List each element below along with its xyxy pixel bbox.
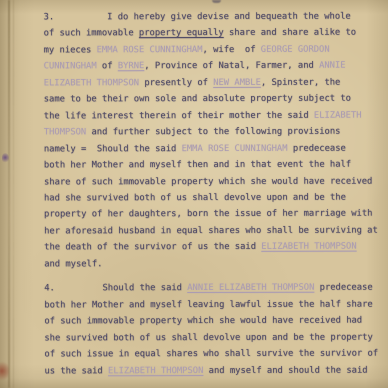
- page-number-remnant: [212, 0, 221, 3]
- body-text: of such issue in equal shares who shall …: [44, 349, 378, 360]
- faded-name-text: ELIZABETH THOMPSON: [261, 242, 356, 252]
- text-line: share of such immovable property which s…: [44, 173, 374, 190]
- body-text: property of her daughters, born the issu…: [44, 209, 372, 220]
- body-text: had she survived both of us shall devolv…: [44, 193, 346, 204]
- faded-name-text: EMMA ROSE CUNNINGHAM: [182, 143, 288, 153]
- body-text: and further subject to the following pro…: [86, 127, 340, 138]
- text-line: both her Mother and myself leaving lawfu…: [44, 296, 374, 313]
- faded-name-text: THOMPSON: [44, 127, 86, 137]
- text-line: 3. I do hereby give devise and bequeath …: [44, 9, 374, 26]
- text-line: ELIZABETH THOMPSON presently of NEW AMBL…: [44, 74, 374, 91]
- faded-name-text: ELIZABETH THOMPSON: [44, 78, 139, 88]
- faded-name-text: ANNIE ELIZABETH THOMPSON: [187, 283, 314, 293]
- body-text: share and share alike to: [224, 28, 356, 38]
- text-line: 4. Should the said ANNIE ELIZABETH THOMP…: [44, 280, 374, 297]
- scanned-document: 3. I do hereby give devise and bequeath …: [0, 0, 388, 388]
- body-text: predecease: [288, 143, 346, 153]
- body-text: same to be their own sole and absolute p…: [44, 94, 351, 105]
- body-text: and myself and should the said: [203, 365, 367, 375]
- body-text: property equally: [139, 28, 224, 38]
- body-text: us the said: [44, 366, 108, 376]
- body-text: both her Mother and myself leaving lawfu…: [44, 299, 372, 310]
- body-text: the death of the survivor of us the said: [44, 242, 261, 253]
- body-text: , wife of: [203, 45, 261, 55]
- body-text: share of such immovable property which s…: [44, 176, 372, 187]
- body-text: , Spinster, the: [261, 77, 340, 87]
- faded-name-text: ELIZABETH: [314, 110, 362, 120]
- body-text: 4. Should the said: [44, 283, 187, 293]
- text-line: her aforesaid husband in equal shares wh…: [44, 222, 374, 239]
- faded-name-text: ELIZABETH THOMPSON: [108, 366, 203, 376]
- body-text: , Province of Natal, Farmer, and: [144, 61, 319, 71]
- text-line: property of her daughters, born the issu…: [44, 206, 374, 223]
- text-line: of such issue in equal shares who shall …: [44, 346, 374, 363]
- body-text: of: [97, 62, 118, 72]
- body-text: presently of: [139, 78, 213, 88]
- body-text: namely = Should the said: [44, 144, 182, 154]
- text-line: the death of the survivor of us the said…: [44, 239, 374, 256]
- body-text: predecease: [314, 283, 372, 293]
- text-line: of such immovable property which she wou…: [44, 313, 374, 330]
- text-line: and myself.: [44, 255, 374, 272]
- body-text: my nieces: [44, 45, 97, 55]
- text-line: she survived both of us shall devolve up…: [44, 329, 374, 346]
- faded-name-text: EMMA ROSE CUNNINGHAM: [97, 45, 203, 55]
- text-line: the life interest therein of their mothe…: [44, 107, 374, 124]
- faded-name-text: CUNNINGHAM: [44, 62, 97, 72]
- ink-blot: [2, 153, 9, 163]
- text-line: both her Mother and myself then and in t…: [44, 157, 374, 174]
- text-line: us the said ELIZABETH THOMPSON and mysel…: [44, 362, 374, 379]
- faded-name-text: ANNIE: [319, 61, 346, 71]
- fold-crease: [13, 0, 14, 388]
- body-text: the life interest therein of their mothe…: [44, 110, 314, 121]
- text-line: my nieces EMMA ROSE CUNNINGHAM, wife of …: [44, 41, 374, 58]
- text-line: CUNNINGHAM of BYRNE, Province of Natal, …: [44, 58, 374, 75]
- body-text: both her Mother and myself then and in t…: [44, 160, 351, 171]
- paragraph: 3. I do hereby give devise and bequeath …: [44, 9, 375, 273]
- document-text: 3. I do hereby give devise and bequeath …: [44, 9, 375, 380]
- body-text: of such immovable property which she wou…: [44, 316, 362, 327]
- text-line: of such immovable property equally share…: [44, 25, 374, 42]
- text-line: THOMPSON and further subject to the foll…: [44, 124, 374, 141]
- text-line: namely = Should the said EMMA ROSE CUNNI…: [44, 140, 374, 157]
- body-text: her aforesaid husband in equal shares wh…: [44, 225, 378, 236]
- text-line: had she survived both of us shall devolv…: [44, 190, 374, 207]
- fold-crease: [8, 0, 10, 388]
- body-text: 3. I do hereby give devise and bequeath …: [44, 12, 351, 23]
- body-text: and myself.: [44, 259, 102, 269]
- faded-name-text: NEW AMBLE: [213, 78, 261, 88]
- paragraph: 4. Should the said ANNIE ELIZABETH THOMP…: [44, 280, 374, 380]
- body-text: she survived both of us shall devolve up…: [44, 332, 372, 343]
- faded-name-text: BYRNE: [118, 62, 145, 72]
- body-text: of such immovable: [44, 29, 139, 39]
- faded-name-text: GEORGE GORDON: [261, 45, 330, 55]
- text-line: same to be their own sole and absolute p…: [44, 91, 374, 108]
